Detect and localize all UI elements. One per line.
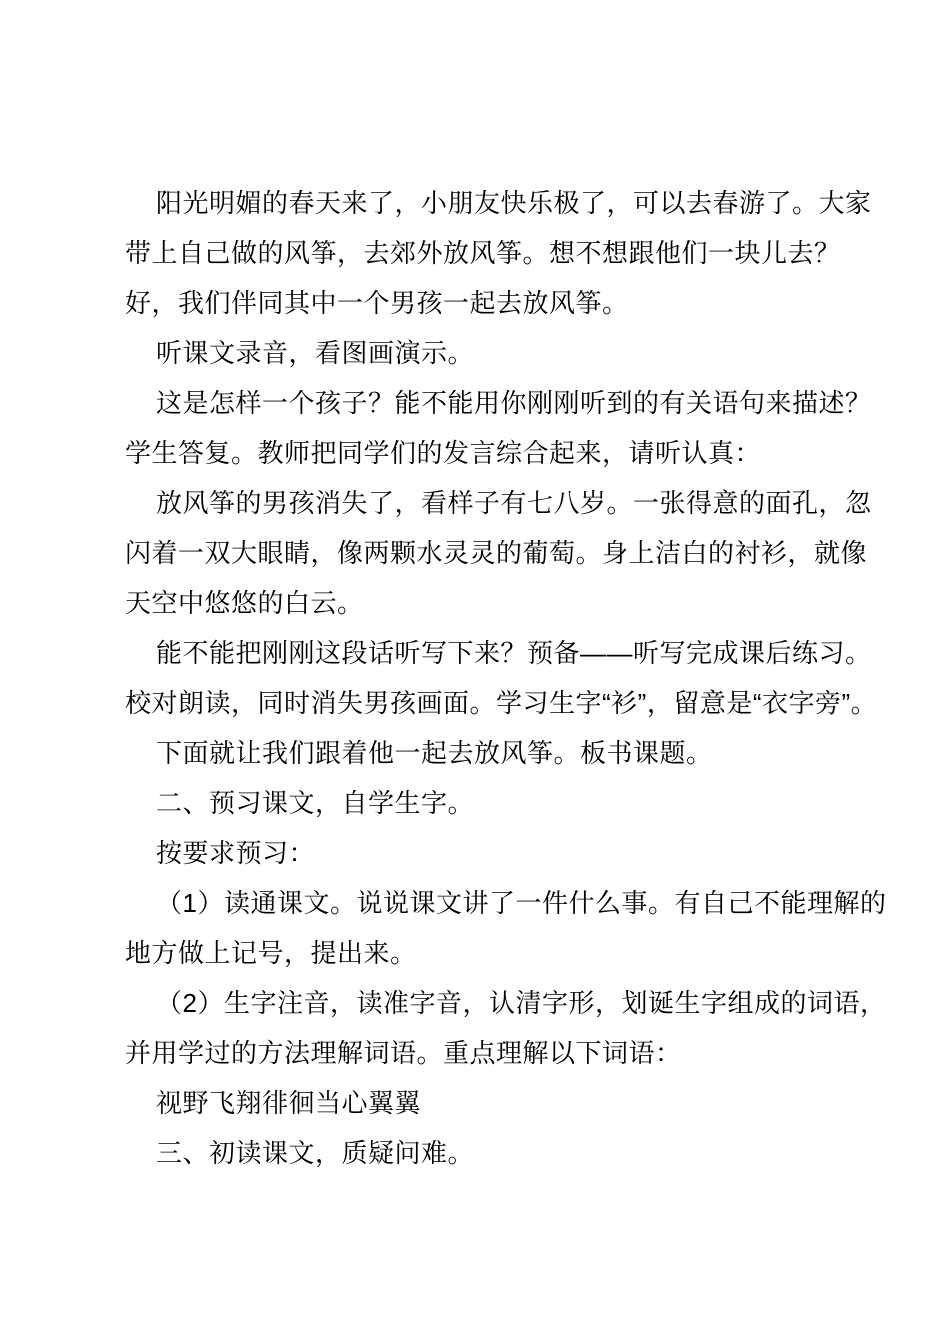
paragraph-describe-child: 这是怎样一个孩子？能不能用你刚刚听到的有关语句来描述？学生答复。教师把同学们的发… [125, 378, 890, 478]
paragraph-vocabulary-list: 视野飞翔徘徊当心翼翼 [125, 1078, 890, 1128]
paragraph-item-2: （2）生字注音，读准字音，认清字形，划诞生字组成的词语，并用学过的方法理解词语。… [125, 978, 890, 1078]
paragraph-listen-recording: 听课文录音，看图画演示。 [125, 328, 890, 378]
paragraph-intro-spring: 阳光明媚的春天来了，小朋友快乐极了，可以去春游了。大家带上自己做的风筝，去郊外放… [125, 178, 890, 328]
paragraph-follow-boy: 下面就让我们跟着他一起去放风筝。板书课题。 [125, 728, 890, 778]
paragraph-section-three-heading: 三、初读课文，质疑问难。 [125, 1128, 890, 1178]
document-page: 阳光明媚的春天来了，小朋友快乐极了，可以去春游了。大家带上自己做的风筝，去郊外放… [0, 0, 950, 1344]
paragraph-section-two-heading: 二、预习课文，自学生字。 [125, 778, 890, 828]
document-text-area: 阳光明媚的春天来了，小朋友快乐极了，可以去春游了。大家带上自己做的风筝，去郊外放… [0, 0, 950, 1178]
paragraph-dictation: 能不能把刚刚这段话听写下来？预备——听写完成课后练习。校对朗读，同时消失男孩画面… [125, 628, 890, 728]
paragraph-boy-description: 放风筝的男孩消失了，看样子有七八岁。一张得意的面孔，忽闪着一双大眼睛，像两颗水灵… [125, 478, 890, 628]
paragraph-item-1: （1）读通课文。说说课文讲了一件什么事。有自己不能理解的地方做上记号，提出来。 [125, 878, 890, 978]
paragraph-preview-requirements: 按要求预习： [125, 828, 890, 878]
